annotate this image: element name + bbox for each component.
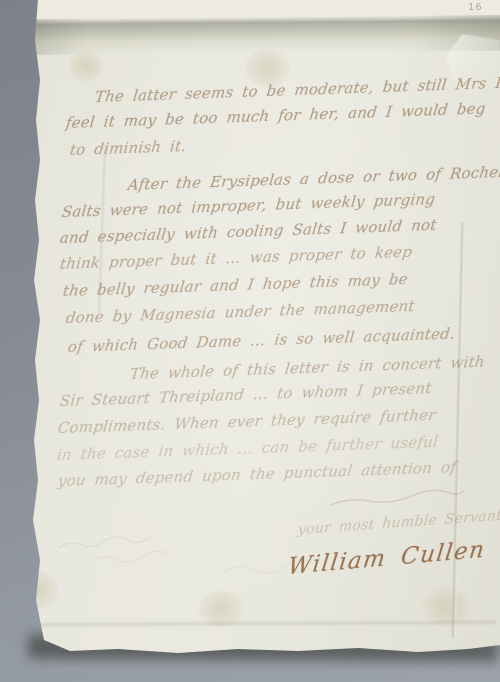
- vertical-crease-right: [451, 222, 465, 638]
- closing-line: your most humble Servant: [297, 508, 500, 539]
- seal-stain: [17, 570, 59, 610]
- manuscript-line: Compliments. When ever they require furt…: [57, 406, 437, 437]
- folio-number: 16: [468, 2, 483, 13]
- manuscript-line: the belly regular and I hope this may be: [62, 270, 409, 300]
- manuscript-line: to diminish it.: [69, 137, 188, 159]
- manuscript-line: think proper but it … was proper to keep: [59, 243, 413, 273]
- horizontal-crease-bottom: [38, 621, 496, 626]
- manuscript-line: in the case in which … can be further us…: [56, 433, 439, 464]
- manuscript-line: of which Good Dame … is so well acquaint…: [67, 324, 456, 356]
- seal-stain: [68, 50, 104, 82]
- manuscript-line: and especially with cooling Salts I woul…: [59, 216, 438, 247]
- manuscript-line: Salts were not improper, but weekly purg…: [61, 190, 436, 221]
- manuscript-line: you may depend upon the punctual attenti…: [57, 458, 457, 490]
- manuscript-line: After the Erysipelas a dose or two of Ro…: [127, 162, 500, 194]
- horizontal-fold-crease: [0, 15, 500, 55]
- letter-paper: 16 The latter seems to be moderate, but …: [0, 0, 500, 682]
- manuscript-line: Sir Steuart Threipland … to whom I prese…: [59, 379, 433, 410]
- scanned-letter-page: 16 The latter seems to be moderate, but …: [0, 0, 500, 682]
- manuscript-line: done by Magnesia under the management: [65, 297, 416, 327]
